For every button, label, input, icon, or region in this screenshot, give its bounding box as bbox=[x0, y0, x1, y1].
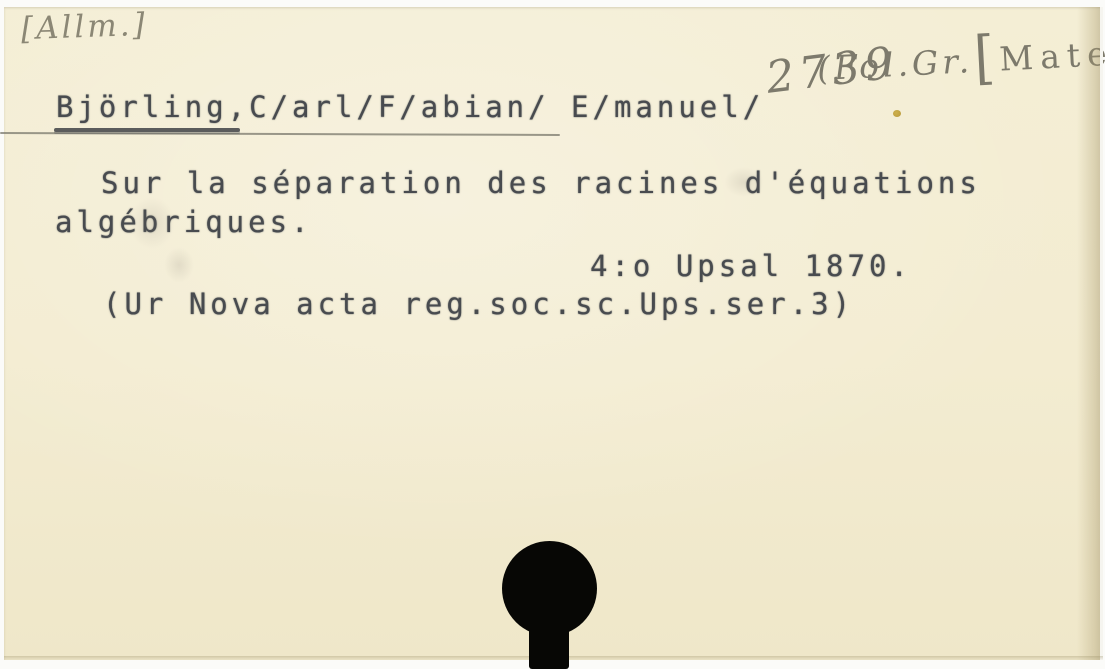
left-bracket-mark: [ bbox=[974, 57, 998, 58]
title-line-2: algébriques. bbox=[55, 206, 313, 239]
heading-underline-long bbox=[0, 132, 560, 136]
scanned-catalog-card-page: [Allm.] (Fol.Gr.[Matem] 2739 Björling,C/… bbox=[0, 0, 1105, 669]
title-line-1: Sur la séparation des racines d'équation… bbox=[101, 167, 981, 200]
scan-right-border bbox=[1100, 7, 1103, 660]
series-note-line: (Ur Nova acta reg.soc.sc.Ups.ser.3) bbox=[103, 288, 854, 321]
yellow-dot-mark bbox=[893, 110, 901, 117]
punch-hole-stem bbox=[529, 612, 569, 669]
imprint-line: 4:o Upsal 1870. bbox=[590, 250, 912, 283]
author-heading: Björling,C/arl/F/abian/ E/manuel/ bbox=[56, 91, 764, 124]
classification-annotation-top-left: [Allm.] bbox=[20, 7, 148, 47]
scan-smudge bbox=[724, 167, 764, 197]
scan-smudge bbox=[129, 197, 175, 249]
scan-smudge bbox=[164, 247, 194, 283]
heading-underline-heavy bbox=[54, 128, 240, 132]
